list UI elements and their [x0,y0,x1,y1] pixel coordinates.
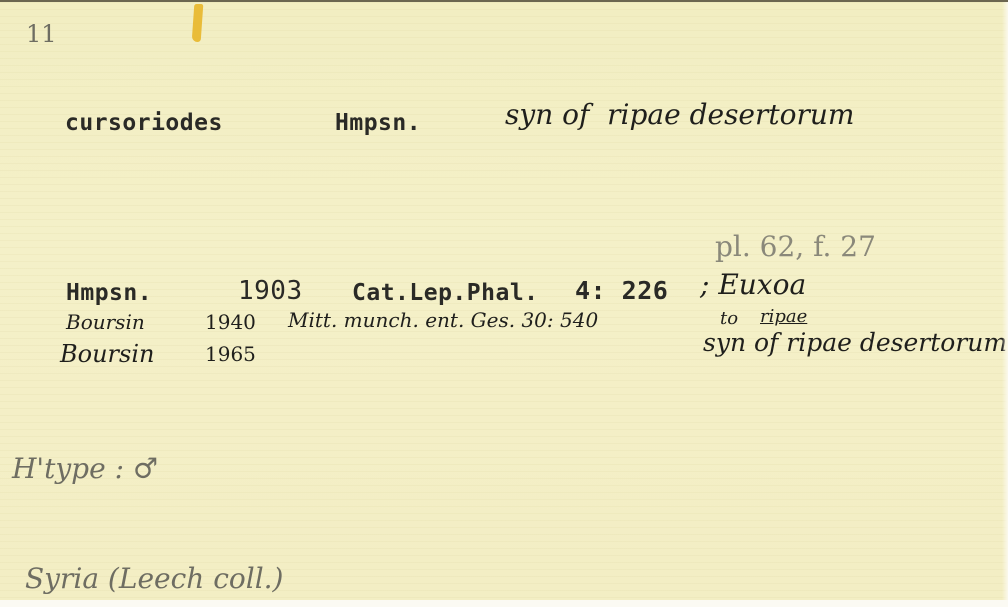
species-name: cursoriodes [65,110,223,136]
species-author: Hmpsn. [335,110,421,136]
ref2-note-underlined: ripae [760,306,807,327]
plate-note: pl. 62, f. 27 [715,230,876,263]
synonym-note: syn of ripae desertorum [505,98,854,131]
ref1-publication: Cat.Lep.Phal. [352,280,539,306]
ref2-note: to [720,308,738,329]
ref1-author: Hmpsn. [66,280,152,306]
card-right-edge [1002,2,1008,602]
yellow-tab-marker [192,4,204,42]
ref1-citation: 4: 226 [575,276,668,305]
locality-note: Syria (Leech coll.) [25,562,283,595]
corner-mark: 11 [26,20,57,48]
ref2-publication: Mitt. munch. ent. Ges. 30: 540 [288,308,598,332]
ref3-author: Boursin [60,340,154,368]
type-note: H'type : ♂ [12,452,158,485]
ref2-author: Boursin [66,310,145,334]
ref3-note: syn of ripae desertorum [703,328,1007,357]
index-card: 11 cursoriodes Hmpsn. syn of ripae deser… [0,0,1008,602]
ref2-year: 1940 [205,310,256,334]
ref1-year: 1903 [238,276,303,306]
card-bottom-edge [0,600,1008,607]
ref3-year: 1965 [205,342,256,366]
ref1-genus-note: ; Euxoa [700,268,806,301]
